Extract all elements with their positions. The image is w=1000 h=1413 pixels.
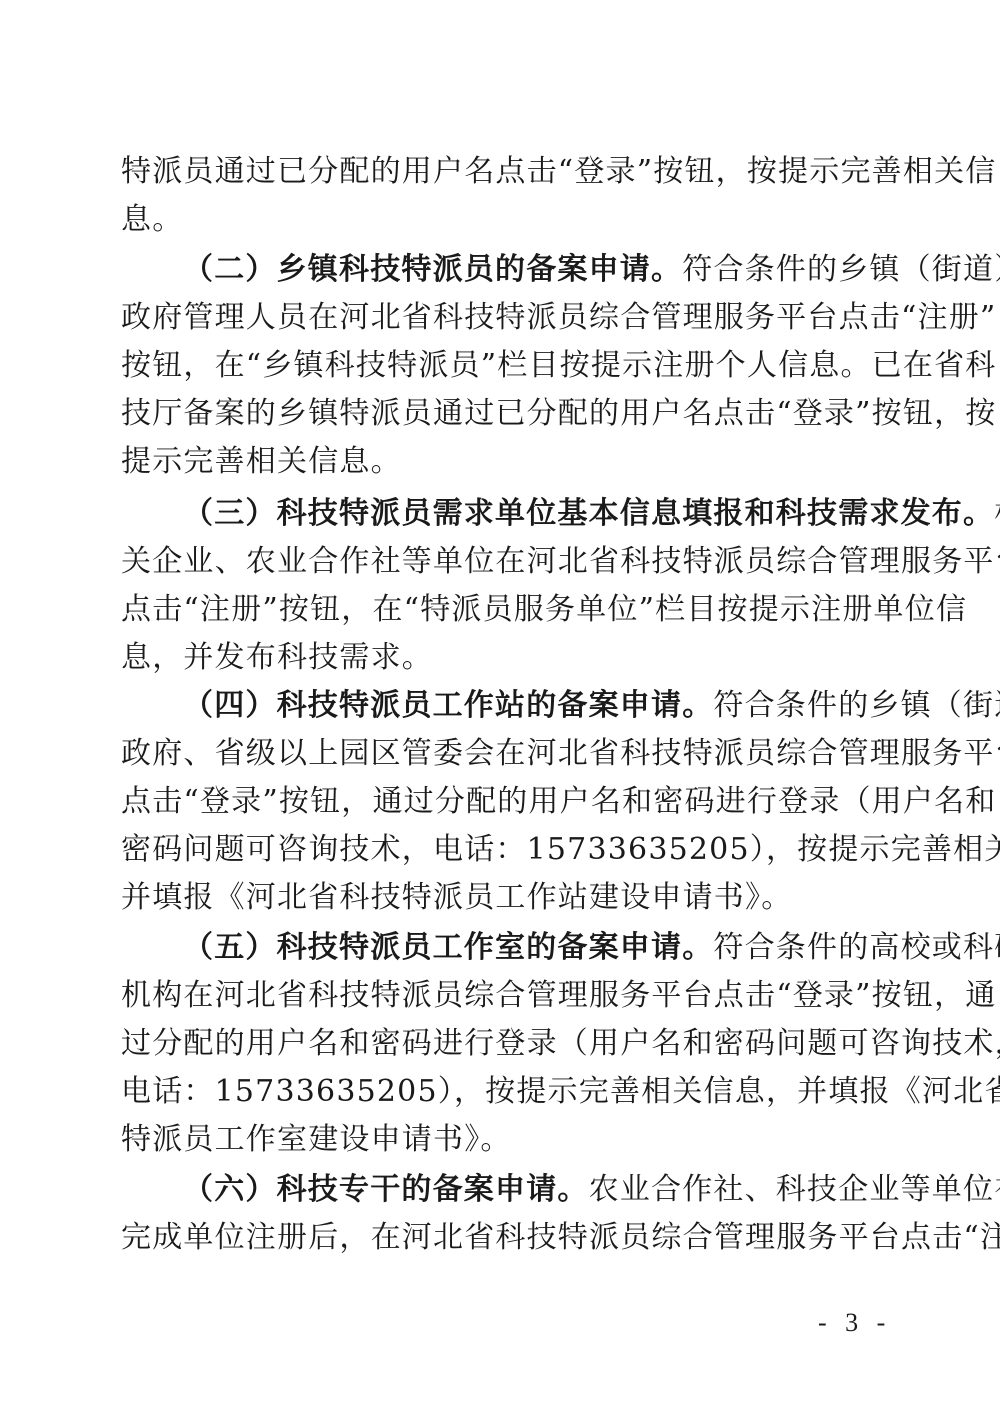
section-heading-line: （五）科技特派员工作室的备案申请。符合条件的高校或科研 (183, 928, 883, 968)
body-text-line: 点击“登录”按钮，通过分配的用户名和密码进行登录（用户名和 (121, 782, 883, 822)
body-text-line: 特派员通过已分配的用户名点击“登录”按钮，按提示完善相关信 (121, 152, 883, 192)
body-text-line: 技厅备案的乡镇特派员通过已分配的用户名点击“登录”按钮，按 (121, 394, 883, 434)
body-text-line: 特派员工作室建设申请书》。 (121, 1120, 883, 1160)
document-page: 特派员通过已分配的用户名点击“登录”按钮，按提示完善相关信息。（二）乡镇科技特派… (0, 0, 1000, 1413)
line-text: 密码问题可咨询技术，电话：15733635205），按提示完善相关信息， (121, 832, 1000, 867)
section-heading: （五）科技特派员工作室的备案申请。 (183, 930, 713, 965)
line-text: 技厅备案的乡镇特派员通过已分配的用户名点击“登录”按钮，按 (121, 396, 996, 431)
section-heading-line: （四）科技特派员工作站的备案申请。符合条件的乡镇（街道） (183, 686, 883, 726)
section-heading: （六）科技专干的备案申请。 (183, 1172, 589, 1207)
body-text-line: 按钮，在“乡镇科技特派员”栏目按提示注册个人信息。已在省科 (121, 346, 883, 386)
line-text: 关企业、农业合作社等单位在河北省科技特派员综合管理服务平台 (121, 544, 1000, 579)
section-heading-line: （二）乡镇科技特派员的备案申请。符合条件的乡镇（街道） (183, 250, 883, 290)
body-text-line: 点击“注册”按钮，在“特派员服务单位”栏目按提示注册单位信 (121, 590, 883, 630)
line-text: 按钮，在“乡镇科技特派员”栏目按提示注册个人信息。已在省科 (121, 348, 996, 383)
line-text: 息，并发布科技需求。 (121, 640, 433, 675)
line-text: 并填报《河北省科技特派员工作站建设申请书》。 (121, 880, 792, 915)
body-text-line: 息。 (121, 200, 883, 240)
section-heading: （四）科技特派员工作站的备案申请。 (183, 688, 713, 723)
line-text: 特派员通过已分配的用户名点击“登录”按钮，按提示完善相关信 (121, 154, 996, 189)
line-text: 机构在河北省科技特派员综合管理服务平台点击“登录”按钮，通 (121, 978, 996, 1013)
body-text-line: 并填报《河北省科技特派员工作站建设申请书》。 (121, 878, 883, 918)
section-heading: （二）乡镇科技特派员的备案申请。 (183, 252, 682, 287)
line-text: 政府、省级以上园区管委会在河北省科技特派员综合管理服务平台 (121, 736, 1000, 771)
body-text-line: 关企业、农业合作社等单位在河北省科技特派员综合管理服务平台 (121, 542, 883, 582)
line-text: 点击“登录”按钮，通过分配的用户名和密码进行登录（用户名和 (121, 784, 996, 819)
line-text: 特派员工作室建设申请书》。 (121, 1122, 512, 1157)
line-text: 电话：15733635205），按提示完善相关信息，并填报《河北省科技 (121, 1074, 1000, 1109)
body-text-line: 电话：15733635205），按提示完善相关信息，并填报《河北省科技 (121, 1072, 883, 1112)
page-number: - 3 - (818, 1308, 891, 1338)
line-text: 相 (994, 496, 1000, 531)
line-text: 农业合作社、科技企业等单位在 (589, 1172, 1000, 1207)
line-text: 符合条件的高校或科研 (713, 930, 1000, 965)
line-text: 点击“注册”按钮，在“特派员服务单位”栏目按提示注册单位信 (121, 592, 967, 627)
body-text-line: 密码问题可咨询技术，电话：15733635205），按提示完善相关信息， (121, 830, 883, 870)
line-text: 符合条件的乡镇（街道） (713, 688, 1000, 723)
body-text-line: 完成单位注册后，在河北省科技特派员综合管理服务平台点击“注 (121, 1218, 883, 1258)
body-text-line: 过分配的用户名和密码进行登录（用户名和密码问题可咨询技术， (121, 1024, 883, 1064)
section-heading-line: （三）科技特派员需求单位基本信息填报和科技需求发布。相 (183, 494, 883, 534)
section-heading-line: （六）科技专干的备案申请。农业合作社、科技企业等单位在 (183, 1170, 883, 1210)
body-text-line: 息，并发布科技需求。 (121, 638, 883, 678)
line-text: 息。 (121, 202, 183, 237)
line-text: 提示完善相关信息。 (121, 444, 402, 479)
line-text: 过分配的用户名和密码进行登录（用户名和密码问题可咨询技术， (121, 1026, 1000, 1061)
body-text-line: 机构在河北省科技特派员综合管理服务平台点击“登录”按钮，通 (121, 976, 883, 1016)
body-text-line: 政府、省级以上园区管委会在河北省科技特派员综合管理服务平台 (121, 734, 883, 774)
line-text: 政府管理人员在河北省科技特派员综合管理服务平台点击“注册” (121, 300, 996, 335)
line-text: 符合条件的乡镇（街道） (682, 252, 1000, 287)
body-text-line: 政府管理人员在河北省科技特派员综合管理服务平台点击“注册” (121, 298, 883, 338)
body-text-line: 提示完善相关信息。 (121, 442, 883, 482)
line-text: 完成单位注册后，在河北省科技特派员综合管理服务平台点击“注 (121, 1220, 1000, 1255)
section-heading: （三）科技特派员需求单位基本信息填报和科技需求发布。 (183, 496, 994, 531)
